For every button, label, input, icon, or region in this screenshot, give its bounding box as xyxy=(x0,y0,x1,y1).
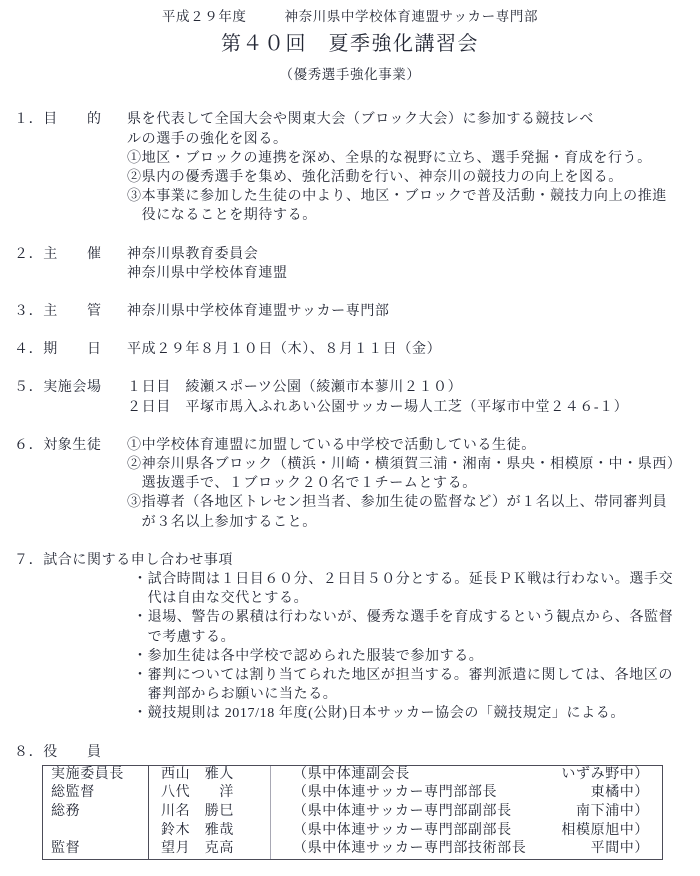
text-line: 神奈川県教育委員会 xyxy=(127,245,700,264)
section-purpose-content: 県を代表して全国大会や関東大会（ブロック大会）に参加する競技レベルの選手の強化を… xyxy=(127,110,700,225)
officer-school: 東橘中） xyxy=(591,784,649,803)
officer-role-cell: 実施委員長 xyxy=(43,766,149,785)
text-line: ２日目 平塚市馬入ふれあい公園サッカー場人工芝（平塚市中堂２４６-１） xyxy=(127,398,700,417)
officer-position: （県中体連サッカー専門部副部長 xyxy=(293,803,512,822)
officer-role-cell xyxy=(43,822,149,841)
text-line: ②神奈川県各ブロック（横浜・川崎・横須賀三浦・湘南・県央・相模原・中・県西） xyxy=(127,455,700,474)
officer-name-cell: 八代 洋 xyxy=(149,784,271,803)
officer-role-cell: 総務 xyxy=(43,803,149,822)
section-venues-content: １日目 綾瀬スポーツ公園（綾瀬市本蓼川２１０）２日目 平塚市馬入ふれあい公園サッ… xyxy=(127,378,700,416)
section-eligible-students-content: ①中学校体育連盟に加盟している中学校で活動している生徒。②神奈川県各ブロック（横… xyxy=(127,436,700,532)
text-line: 選抜選手で、１ブロック２０名で１チームとする。 xyxy=(127,474,700,493)
officer-affiliation-cell: （県中体連サッカー専門部副部長南下浦中） xyxy=(271,803,662,822)
text-line: ・退場、警告の累積は行わないが、優秀な選手を育成するという観点から、各監督 xyxy=(133,608,700,627)
officer-affiliation-cell: （県中体連サッカー専門部部長東橘中） xyxy=(271,784,662,803)
officer-school: いずみ野中） xyxy=(561,766,649,785)
text-line: ③指導者（各地区トレセン担当者、参加生徒の監督など）が１名以上、帯同審判員 xyxy=(127,493,700,512)
officer-role-cell: 総監督 xyxy=(43,784,149,803)
section-management-label: ３．主 管 xyxy=(14,302,127,321)
section-eligible-students: ６．対象生徒 ①中学校体育連盟に加盟している中学校で活動している生徒。②神奈川県… xyxy=(14,436,700,532)
section-match-rules-content: ・試合時間は１日目６０分、２日目５０分とする。延長ＰＫ戦は行わない。選手交 代は… xyxy=(133,570,700,724)
text-line: ・参加生徒は各中学校で認められた服装で参加する。 xyxy=(133,647,700,666)
fiscal-year: 平成２９年度 xyxy=(162,7,247,26)
text-line: ルの選手の強化を図る。 xyxy=(127,130,700,149)
section-match-rules: ７．試合に関する申し合わせ事項 ・試合時間は１日目６０分、２日目５０分とする。延… xyxy=(14,551,700,724)
section-venues-label: ５．実施会場 xyxy=(14,378,127,416)
text-line: 代は自由な交代とする。 xyxy=(133,589,700,608)
document-page: 平成２９年度 神奈川県中学校体育連盟サッカー専門部 第４０回 夏季強化講習会 （… xyxy=(0,0,700,876)
text-line: 県を代表して全国大会や関東大会（ブロック大会）に参加する競技レベ xyxy=(127,110,700,129)
section-dates: ４．期 日 平成２９年８月１０日（木）、８月１１日（金） xyxy=(14,340,700,359)
text-line: １日目 綾瀬スポーツ公園（綾瀬市本蓼川２１０） xyxy=(127,378,700,397)
officer-affiliation-cell: （県中体連サッカー専門部副部長相模原旭中） xyxy=(271,822,662,841)
officer-role-cell: 監督 xyxy=(43,840,149,859)
text-line: ②県内の優秀選手を集め、強化活動を行い、神奈川の競技力の向上を図る。 xyxy=(127,168,700,187)
section-host: ２．主 催 神奈川県教育委員会神奈川県中学校体育連盟 xyxy=(14,245,700,283)
text-line: で考慮する。 xyxy=(133,628,700,647)
text-line: ①中学校体育連盟に加盟している中学校で活動している生徒。 xyxy=(127,436,700,455)
organization-name: 神奈川県中学校体育連盟サッカー専門部 xyxy=(285,7,539,26)
text-line: ・審判については割り当てられた地区が担当する。審判派遣に関しては、各地区の xyxy=(133,666,700,685)
officer-name-cell: 西山 雅人 xyxy=(149,766,271,785)
section-officers: ８．役 員 実施委員長西山 雅人（県中体連副会長いずみ野中）総監督八代 洋（県中… xyxy=(14,743,700,860)
document-meta-line: 平成２９年度 神奈川県中学校体育連盟サッカー専門部 xyxy=(14,7,700,26)
section-dates-label: ４．期 日 xyxy=(14,340,127,359)
officer-position: （県中体連サッカー専門部部長 xyxy=(293,784,497,803)
section-purpose-label: １．目 的 xyxy=(14,110,127,225)
text-line: が３名以上参加すること。 xyxy=(127,513,700,532)
officer-name-cell: 川名 勝巳 xyxy=(149,803,271,822)
text-line: 平成２９年８月１０日（木）、８月１１日（金） xyxy=(127,340,700,359)
section-host-content: 神奈川県教育委員会神奈川県中学校体育連盟 xyxy=(127,245,700,283)
section-eligible-students-label: ６．対象生徒 xyxy=(14,436,127,532)
officer-school: 相模原旭中） xyxy=(561,822,649,841)
text-line: ③本事業に参加した生徒の中より、地区・ブロックで普及活動・競技力向上の推進 xyxy=(127,187,700,206)
text-line: 神奈川県中学校体育連盟 xyxy=(127,264,700,283)
section-purpose: １．目 的 県を代表して全国大会や関東大会（ブロック大会）に参加する競技レベルの… xyxy=(14,110,700,225)
officer-position: （県中体連サッカー専門部技術部長 xyxy=(293,840,526,859)
officer-position: （県中体連サッカー専門部副部長 xyxy=(293,822,512,841)
section-officers-label: ８．役 員 xyxy=(14,743,700,762)
officers-table: 実施委員長西山 雅人（県中体連副会長いずみ野中）総監督八代 洋（県中体連サッカー… xyxy=(42,765,663,860)
officer-school: 平間中） xyxy=(591,840,649,859)
officer-affiliation-cell: （県中体連副会長いずみ野中） xyxy=(271,766,662,785)
officer-affiliation-cell: （県中体連サッカー専門部技術部長平間中） xyxy=(271,840,662,859)
text-line: ・試合時間は１日目６０分、２日目５０分とする。延長ＰＫ戦は行わない。選手交 xyxy=(133,570,700,589)
text-line: 神奈川県中学校体育連盟サッカー専門部 xyxy=(127,302,700,321)
officer-name-cell: 望月 克高 xyxy=(149,840,271,859)
document-title: 第４０回 夏季強化講習会 xyxy=(14,31,700,57)
section-host-label: ２．主 催 xyxy=(14,245,127,283)
officer-position: （県中体連副会長 xyxy=(293,766,410,785)
section-match-rules-label: ７．試合に関する申し合わせ事項 xyxy=(14,551,700,570)
text-line: ①地区・ブロックの連携を深め、全県的な視野に立ち、選手発掘・育成を行う。 xyxy=(127,149,700,168)
text-line: 審判部からお願いに当たる。 xyxy=(133,685,700,704)
section-dates-content: 平成２９年８月１０日（木）、８月１１日（金） xyxy=(127,340,700,359)
section-management: ３．主 管 神奈川県中学校体育連盟サッカー専門部 xyxy=(14,302,700,321)
text-line: 役になることを期待する。 xyxy=(127,206,700,225)
section-management-content: 神奈川県中学校体育連盟サッカー専門部 xyxy=(127,302,700,321)
section-venues: ５．実施会場 １日目 綾瀬スポーツ公園（綾瀬市本蓼川２１０）２日目 平塚市馬入ふ… xyxy=(14,378,700,416)
text-line: ・競技規則は 2017/18 年度(公財)日本サッカー協会の「競技規定」による。 xyxy=(133,704,700,723)
officer-name-cell: 鈴木 雅哉 xyxy=(149,822,271,841)
document-subtitle: （優秀選手強化事業） xyxy=(14,65,700,84)
officer-school: 南下浦中） xyxy=(576,803,649,822)
